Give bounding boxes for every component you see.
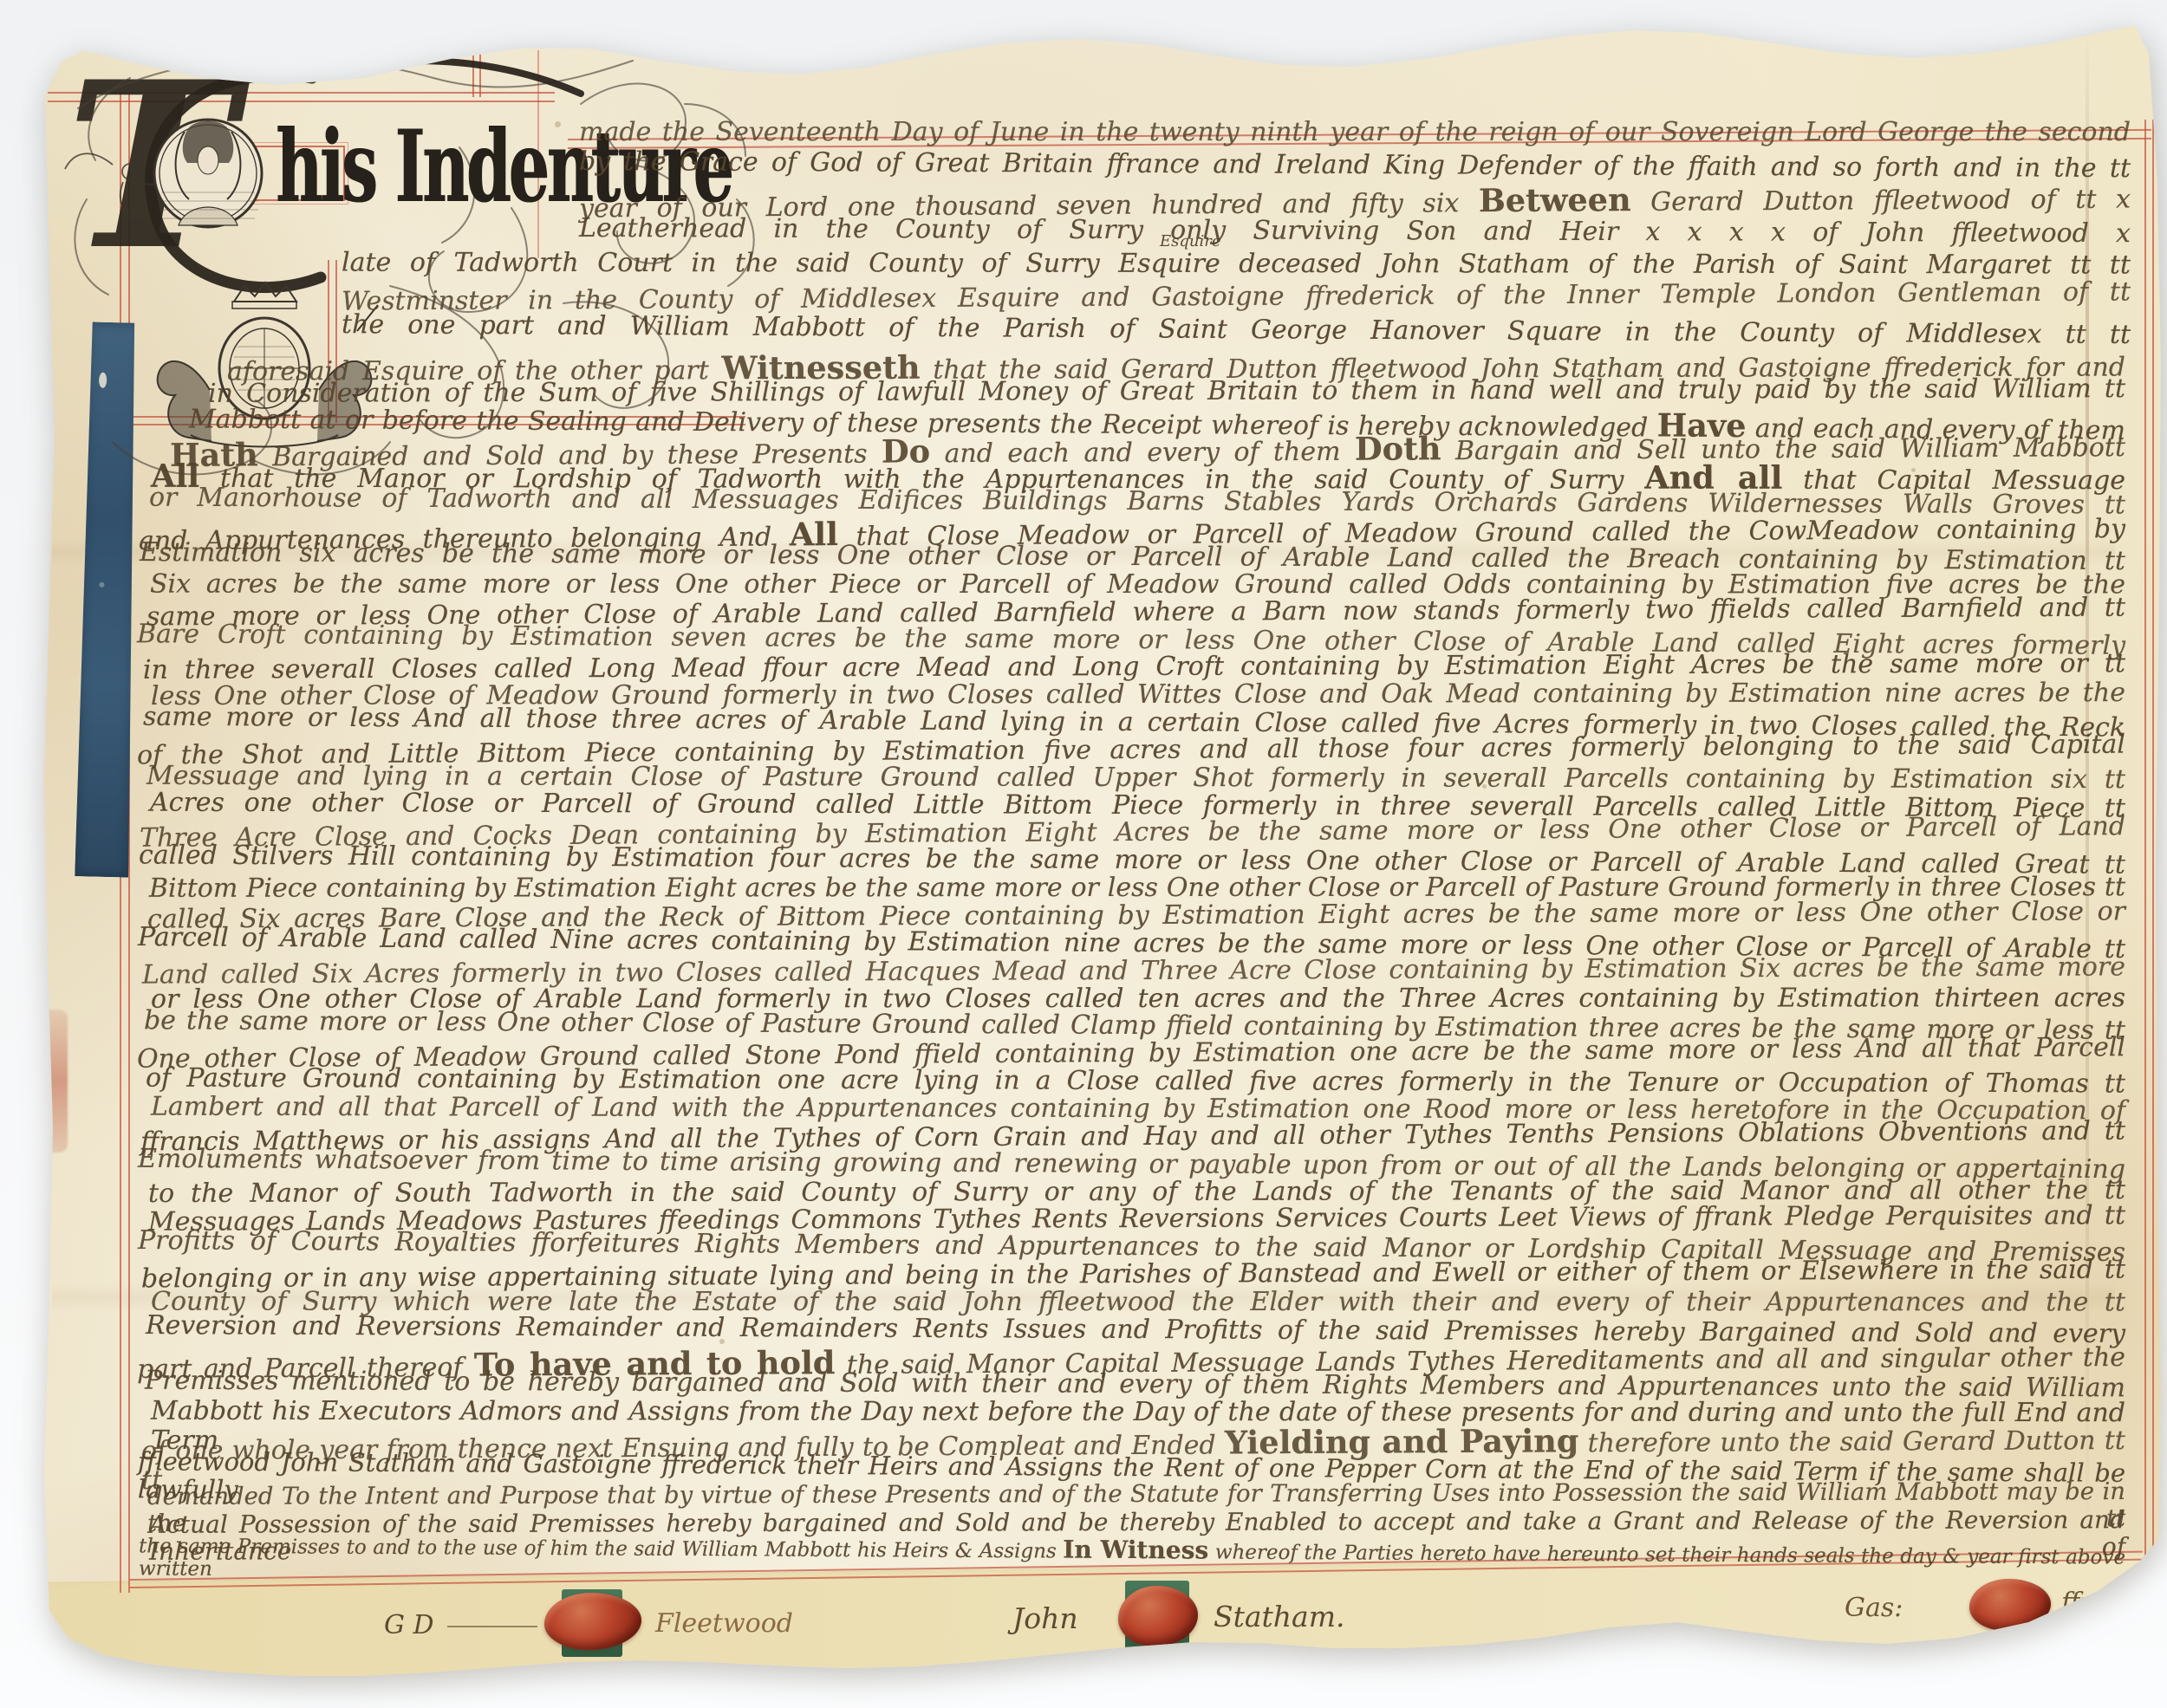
parchment-surface: T: [0, 0, 2167, 1708]
signature-fleetwood-initials: G D: [384, 1610, 434, 1640]
wax-seal: [1969, 1579, 2051, 1631]
manuscript-line: the one part and William Mabbott of the …: [342, 310, 2131, 349]
signature-statham-surname: Statham.: [1214, 1600, 1345, 1633]
manuscript-line: by the Grace of God of Great Britain ffr…: [579, 147, 2131, 184]
signature-frederick-forename: Gas:: [1845, 1593, 1903, 1623]
manuscript-body: made the Seventeenth Day of June in the …: [0, 0, 2167, 1708]
parchment-sheet: T: [0, 0, 2167, 1708]
signature-frederick-surname: ffrederick: [2061, 1588, 2167, 1618]
photo-backdrop: T: [0, 0, 2167, 1708]
signature-statham-forename: John: [1012, 1601, 1078, 1635]
manuscript-line: made the Seventeenth Day of June in the …: [579, 118, 2131, 147]
manuscript-line: late of Tadworth Court in the said Count…: [342, 249, 2131, 280]
manuscript-line: Leatherhead in the County of Surry only …: [579, 214, 2131, 249]
signature-flourish-line: [447, 1626, 537, 1627]
signature-fleetwood-surname: Fleetwood: [655, 1608, 793, 1639]
